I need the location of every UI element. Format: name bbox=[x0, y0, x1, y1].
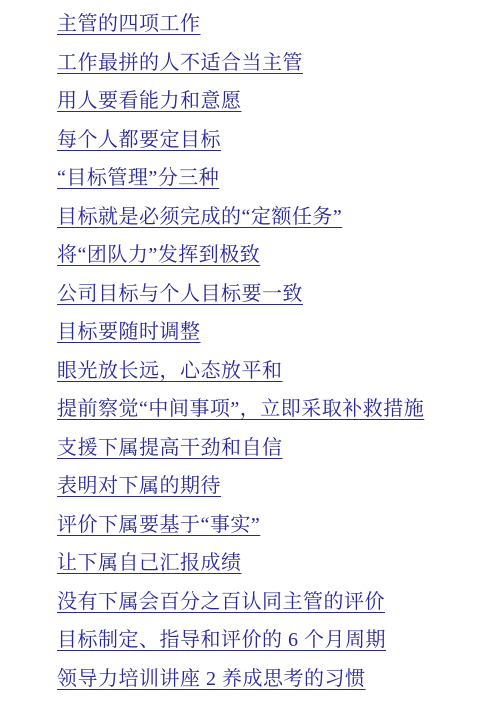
toc-link[interactable]: 目标就是必须完成的“定额任务” bbox=[57, 198, 342, 237]
toc-link[interactable]: 没有下属会百分之百认同主管的评价 bbox=[57, 583, 385, 622]
toc-link[interactable]: “目标管理”分三种 bbox=[57, 159, 219, 198]
toc-link[interactable]: 主管的四项工作 bbox=[57, 5, 201, 44]
toc-link[interactable]: 提前察觉“中间事项”，立即采取补救措施 bbox=[57, 390, 424, 429]
toc-link[interactable]: 工作最拼的人不适合当主管 bbox=[57, 44, 303, 83]
toc-link[interactable]: 每个人都要定目标 bbox=[57, 121, 221, 160]
toc-link[interactable]: 眼光放长远，心态放平和 bbox=[57, 352, 283, 391]
toc-link[interactable]: 将“团队力”发挥到极致 bbox=[57, 236, 260, 275]
toc-list: 主管的四项工作工作最拼的人不适合当主管用人要看能力和意愿每个人都要定目标“目标管… bbox=[57, 5, 487, 698]
toc-link[interactable]: 评价下属要基于“事实” bbox=[57, 506, 260, 545]
toc-link[interactable]: 让下属自己汇报成绩 bbox=[57, 544, 242, 583]
toc-link[interactable]: 用人要看能力和意愿 bbox=[57, 82, 242, 121]
toc-link[interactable]: 目标要随时调整 bbox=[57, 313, 201, 352]
toc-link[interactable]: 公司目标与个人目标要一致 bbox=[57, 275, 303, 314]
toc-link[interactable]: 表明对下属的期待 bbox=[57, 467, 221, 506]
toc-link[interactable]: 领导力培训讲座 2 养成思考的习惯 bbox=[57, 660, 366, 699]
toc-link[interactable]: 支援下属提高干劲和自信 bbox=[57, 429, 283, 468]
toc-page: 主管的四项工作工作最拼的人不适合当主管用人要看能力和意愿每个人都要定目标“目标管… bbox=[0, 0, 497, 709]
toc-link[interactable]: 目标制定、指导和评价的 6 个月周期 bbox=[57, 621, 386, 660]
